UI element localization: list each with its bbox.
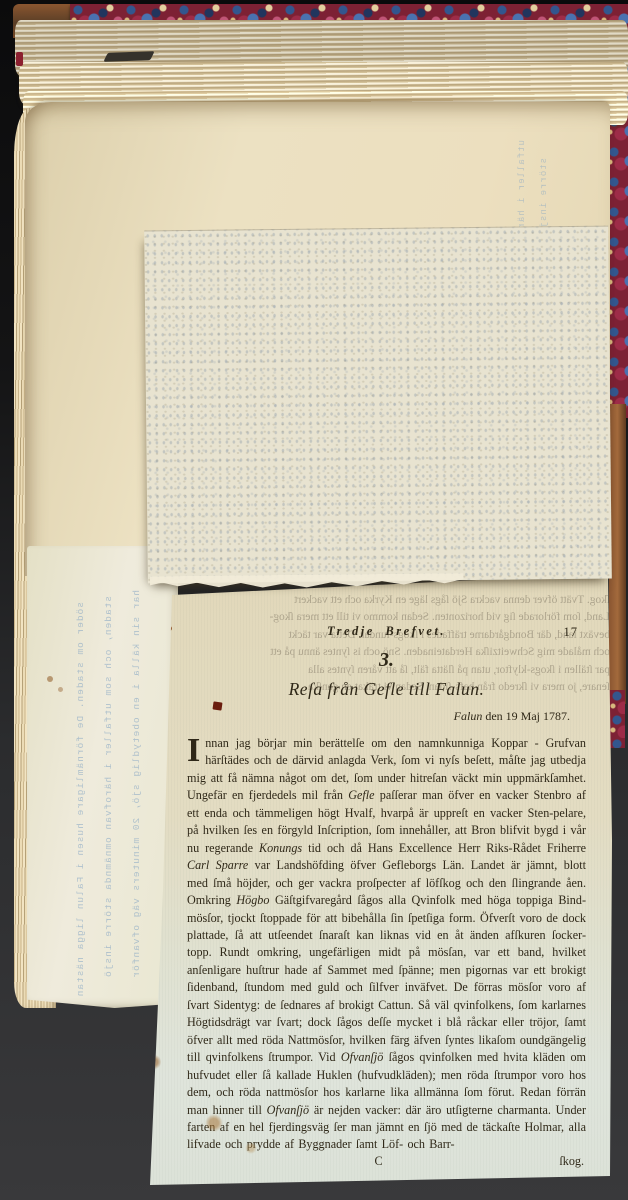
dateline-place: Falun <box>454 709 483 723</box>
catchword: ſkog. <box>559 1154 584 1169</box>
endpaper-edge <box>16 52 23 66</box>
body-paragraph: Innan jag börjar min berättelſe om den n… <box>187 735 586 1154</box>
marbled-board-right-lower <box>609 690 625 748</box>
dateline-date: den 19 Maj 1787. <box>482 709 570 723</box>
section-number: 3. <box>187 649 586 672</box>
book-photograph: utfaller i härofvan större insjö har sin… <box>0 0 628 1200</box>
typed-showthrough: större insjö <box>539 158 549 235</box>
typed-showthrough-column: söder om staden. De förnämligare husen i… <box>75 602 86 997</box>
dateline: Falun den 19 Maj 1787. <box>187 709 570 724</box>
interleaf-blank-sheet <box>144 226 612 584</box>
page-header: Tredje Brefvet. 17 <box>187 624 586 642</box>
paper-speck <box>47 676 53 682</box>
typed-showthrough-column: har sin källa i en obetydlig sjö, 20 min… <box>131 590 142 979</box>
page-content: Tredje Brefvet. 17 3. Reſa från Gefle ti… <box>187 624 586 1172</box>
typed-showthrough-column: staden, och som utfaller i härofvan omnä… <box>103 596 114 978</box>
running-head: Tredje Brefvet. <box>187 624 586 639</box>
paper-speck <box>58 687 63 692</box>
drop-cap: I <box>187 736 205 765</box>
page-number: 17 <box>564 625 579 640</box>
chapter-title: Reſa från Gefle till Falun. <box>187 679 586 700</box>
signature-line: C ſkog. <box>187 1154 586 1172</box>
paper-stain <box>147 1054 161 1070</box>
signature-mark: C <box>375 1154 383 1169</box>
bookmark-ribbon <box>103 51 154 62</box>
left-page: har sin källa i en obetydlig sjö, 20 min… <box>27 546 178 1008</box>
printed-page: ſkog. Tvätt öfver denna vackra Sjö ſågs … <box>147 568 612 1188</box>
